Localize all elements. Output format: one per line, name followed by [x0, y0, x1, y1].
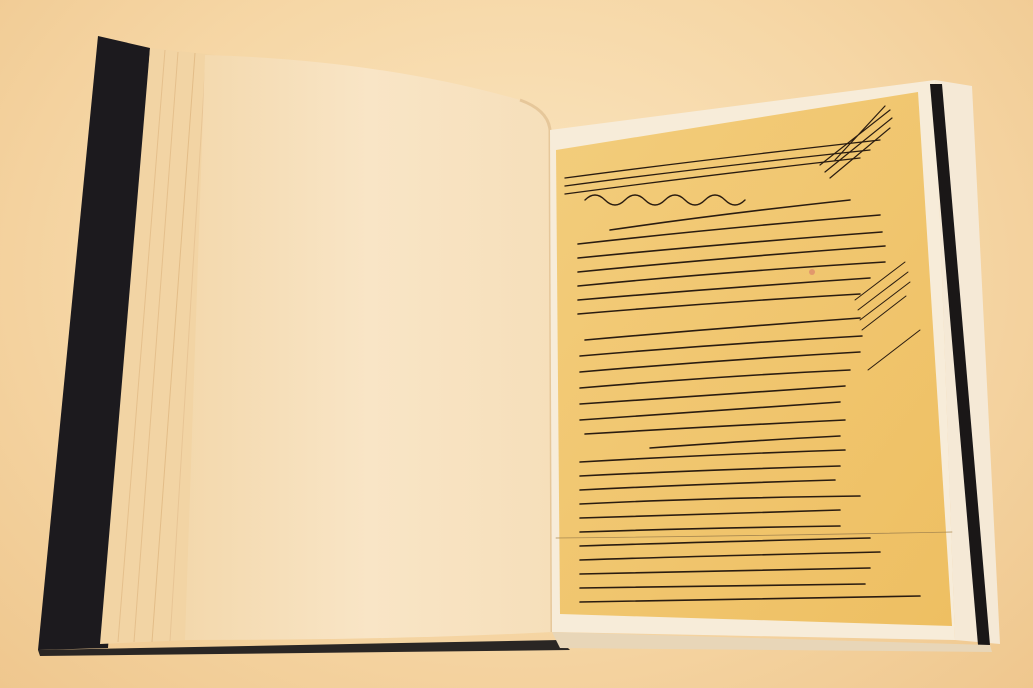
photo-scene: [0, 0, 1033, 688]
left-page: [185, 55, 552, 640]
open-book: [0, 0, 1033, 688]
